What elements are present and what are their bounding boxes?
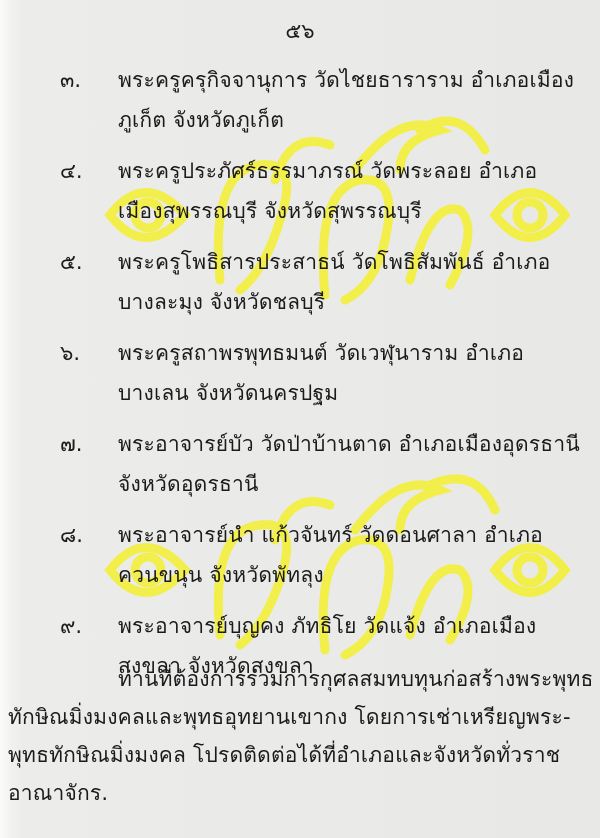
paragraph-line-2: ทักษิณมิ่งมงคลและพุทธอุทยานเขากง โดยการเ… xyxy=(8,698,588,736)
item-line-2: จังหวัดอุดรธานี xyxy=(60,466,590,502)
item-number: ๔. xyxy=(60,153,112,189)
paragraph-line-4: อาณาจักร. xyxy=(8,774,588,812)
item-line-1: พระอาจารย์นำ แก้วจันทร์ วัดดอนศาลา อำเภอ xyxy=(60,517,590,553)
scanned-page: ๕๖ ๓. พระครูครุกิจจานุการ วัดไชยธาราราม … xyxy=(0,0,600,838)
item-number: ๕. xyxy=(60,244,112,280)
page-number: ๕๖ xyxy=(0,18,600,44)
item-number: ๖. xyxy=(60,335,112,371)
closing-paragraph: ท่านที่ต้องการร่วมการกุศลสมทบทุนก่อสร้าง… xyxy=(58,660,588,812)
list-item: ๖. พระครูสถาพรพุทธมนต์ วัดเวฬุนาราม อำเภ… xyxy=(60,335,590,411)
item-line-2: เมืองสุพรรณบุรี จังหวัดสุพรรณบุรี xyxy=(60,193,590,229)
item-line-1: พระครูประภัศร์ธรรมาภรณ์ วัดพระลอย อำเภอ xyxy=(60,153,590,189)
item-line-1: พระครูสถาพรพุทธมนต์ วัดเวฬุนาราม อำเภอ xyxy=(60,335,590,371)
item-line-1: พระอาจารย์บุญคง ภัทธิโย วัดแจ้ง อำเภอเมื… xyxy=(60,608,590,644)
item-number: ๙. xyxy=(60,608,112,644)
item-line-2: ควนขนุน จังหวัดพัทลุง xyxy=(60,557,590,593)
paragraph-line-1: ท่านที่ต้องการร่วมการกุศลสมทบทุนก่อสร้าง… xyxy=(58,660,588,698)
list-item: ๕. พระครูโพธิสารประสาธน์ วัดโพธิสัมพันธ์… xyxy=(60,244,590,320)
item-line-1: พระอาจารย์บัว วัดป่าบ้านตาด อำเภอเมืองอุ… xyxy=(60,426,590,462)
list-item: ๔. พระครูประภัศร์ธรรมาภรณ์ วัดพระลอย อำเ… xyxy=(60,153,590,229)
item-number: ๘. xyxy=(60,517,112,553)
item-line-2: บางเลน จังหวัดนครปฐม xyxy=(60,375,590,411)
item-line-2: บางละมุง จังหวัดชลบุรี xyxy=(60,284,590,320)
list-item: ๗. พระอาจารย์บัว วัดป่าบ้านตาด อำเภอเมือ… xyxy=(60,426,590,502)
item-number: ๗. xyxy=(60,426,112,462)
item-line-1: พระครูโพธิสารประสาธน์ วัดโพธิสัมพันธ์ อำ… xyxy=(60,244,590,280)
item-number: ๓. xyxy=(60,62,112,98)
list-item: ๓. พระครูครุกิจจานุการ วัดไชยธาราราม อำเ… xyxy=(60,62,590,138)
paragraph-line-3: พุทธทักษิณมิ่งมงคล โปรดติดต่อได้ที่อำเภอ… xyxy=(8,736,588,774)
list-item: ๘. พระอาจารย์นำ แก้วจันทร์ วัดดอนศาลา อำ… xyxy=(60,517,590,593)
abbot-list: ๓. พระครูครุกิจจานุการ วัดไชยธาราราม อำเ… xyxy=(60,62,590,699)
item-line-1: พระครูครุกิจจานุการ วัดไชยธาราราม อำเภอเ… xyxy=(60,62,590,98)
item-line-2: ภูเก็ต จังหวัดภูเก็ต xyxy=(60,102,590,138)
